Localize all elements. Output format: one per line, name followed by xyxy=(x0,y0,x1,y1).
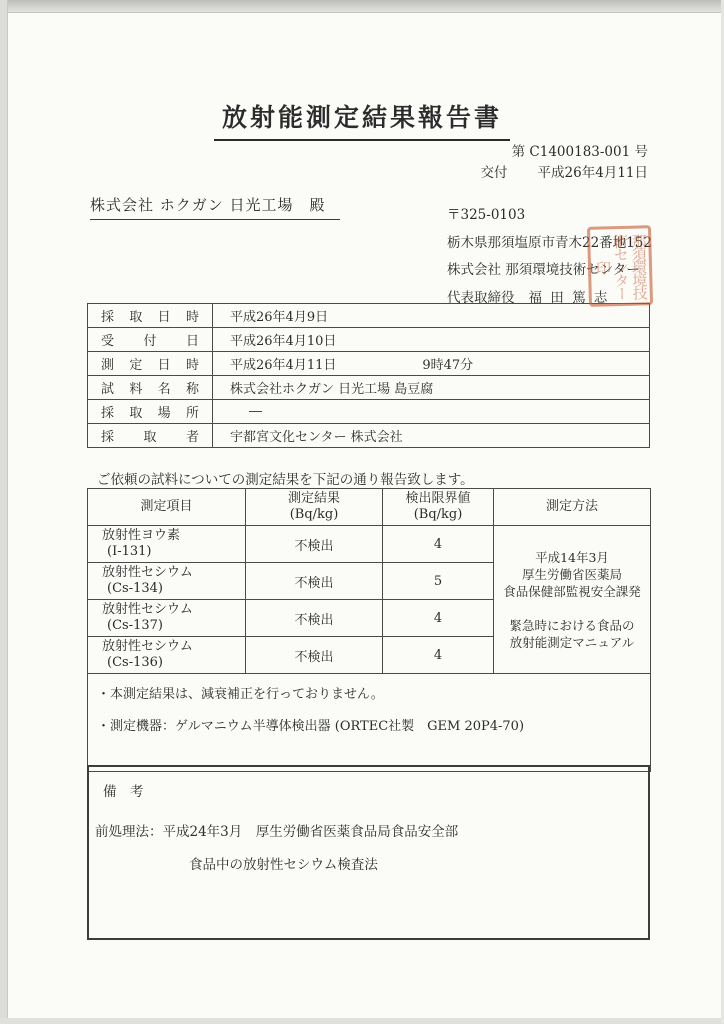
company-seal-stamp: 那須環境技術センター印 xyxy=(587,225,653,307)
row-label: 受付日 xyxy=(88,330,212,349)
pretreatment-line1: 平成24年3月 厚生労働省医薬食品局食品安全部 xyxy=(163,824,459,840)
row-value: 宇都宮文化センター 株式会社 xyxy=(213,424,650,448)
sample-info-table: 採取日時 平成26年4月9日 受付日 平成26年4月10日 測定日時 平成26年… xyxy=(87,303,650,448)
detection-limit: 4 xyxy=(383,526,494,563)
detection-limit: 4 xyxy=(383,600,494,637)
remarks-box: 備 考 前処理法：平成24年3月 厚生労働省医薬食品局食品安全部 食品中の放射性… xyxy=(87,765,650,940)
scan-edge-bottom xyxy=(0,1018,724,1024)
doc-number: 第 C1400183-001 号 xyxy=(0,142,648,163)
row-value: 平成26年4月11日 xyxy=(230,358,336,373)
row-label: 採取日時 xyxy=(88,306,212,325)
column-header: 測定項目 xyxy=(88,489,246,526)
nuclide-name: 放射性セシウム xyxy=(102,565,244,581)
table-row: 測定日時 平成26年4月11日9時47分 xyxy=(88,352,650,376)
table-row: 採取者 宇都宮文化センター 株式会社 xyxy=(88,424,650,448)
document-meta: 第 C1400183-001 号 交付平成26年4月11日 xyxy=(0,142,648,184)
pretreatment-line2: 食品中の放射性セシウム検査法 xyxy=(189,853,648,873)
result-value: 不検出 xyxy=(246,563,383,600)
results-header-row: 測定項目 測定結果(Bq/kg) 検出限界値(Bq/kg) 測定方法 xyxy=(88,489,651,526)
page-title: 放射能測定結果報告書 xyxy=(214,98,510,141)
table-row: 受付日 平成26年4月10日 xyxy=(88,328,650,352)
title-row: 放射能測定結果報告書 xyxy=(0,98,724,141)
issue-date: 平成26年4月11日 xyxy=(538,165,648,181)
result-value: 不検出 xyxy=(246,526,383,563)
issue-line: 交付平成26年4月11日 xyxy=(0,163,648,184)
column-header: 測定方法 xyxy=(494,489,651,526)
measurement-time: 9時47分 xyxy=(422,358,473,373)
row-label: 採取場所 xyxy=(88,402,212,421)
nuclide-name: 放射性セシウム xyxy=(102,602,244,618)
result-value: 不検出 xyxy=(246,600,383,637)
row-value: 株式会社ホクガン 日光工場 島豆腐 xyxy=(213,376,650,400)
scan-edge-top xyxy=(0,0,724,13)
row-label: 採取者 xyxy=(88,426,212,445)
row-value: ― xyxy=(213,400,650,424)
addressee: 株式会社 ホクガン 日光工場 殿 xyxy=(90,194,340,220)
column-header: 測定結果(Bq/kg) xyxy=(246,489,383,526)
result-value: 不検出 xyxy=(246,637,383,674)
intro-text: ご依頼の試料についての測定結果を下記の通り報告致します。 xyxy=(97,468,474,488)
note-decay-correction: ・本測定結果は、減衰補正を行っておりません。 xyxy=(97,683,644,702)
table-row: 試料名称 株式会社ホクガン 日光工場 島豆腐 xyxy=(88,376,650,400)
isotope-label: (Cs-134) xyxy=(102,581,244,597)
detection-limit: 5 xyxy=(383,563,494,600)
isotope-label: (Cs-136) xyxy=(102,655,244,671)
note-instrument: ・測定機器：ゲルマニウム半導体検出器 (ORTEC社製 GEM 20P4-70) xyxy=(97,715,644,734)
isotope-label: (I-131) xyxy=(102,544,244,560)
issue-label: 交付 xyxy=(481,165,508,181)
row-value: 平成26年4月9日 xyxy=(213,304,650,328)
nuclide-name: 放射性ヨウ素 xyxy=(102,528,244,544)
table-row: 採取日時 平成26年4月9日 xyxy=(88,304,650,328)
isotope-label: (Cs-137) xyxy=(102,618,244,634)
measurement-method: 平成14年3月 厚生労働省医薬局 食品保健部監視安全課発 緊急時における食品の … xyxy=(494,526,651,674)
row-value: 平成26年4月10日 xyxy=(213,328,650,352)
result-row: 放射性ヨウ素(I-131) 不検出 4 平成14年3月 厚生労働省医薬局 食品保… xyxy=(88,526,651,563)
notes-row: ・本測定結果は、減衰補正を行っておりません。 ・測定機器：ゲルマニウム半導体検出… xyxy=(88,674,651,772)
detection-limit: 4 xyxy=(383,637,494,674)
row-label: 測定日時 xyxy=(88,354,212,373)
row-label: 試料名称 xyxy=(88,378,212,397)
column-header: 検出限界値(Bq/kg) xyxy=(383,489,494,526)
nuclide-name: 放射性セシウム xyxy=(102,639,244,655)
pretreatment-label: 前処理法： xyxy=(95,824,163,840)
table-row: 採取場所 ― xyxy=(88,400,650,424)
remarks-title: 備 考 xyxy=(103,780,648,800)
results-table: 測定項目 測定結果(Bq/kg) 検出限界値(Bq/kg) 測定方法 放射性ヨウ… xyxy=(87,488,651,772)
